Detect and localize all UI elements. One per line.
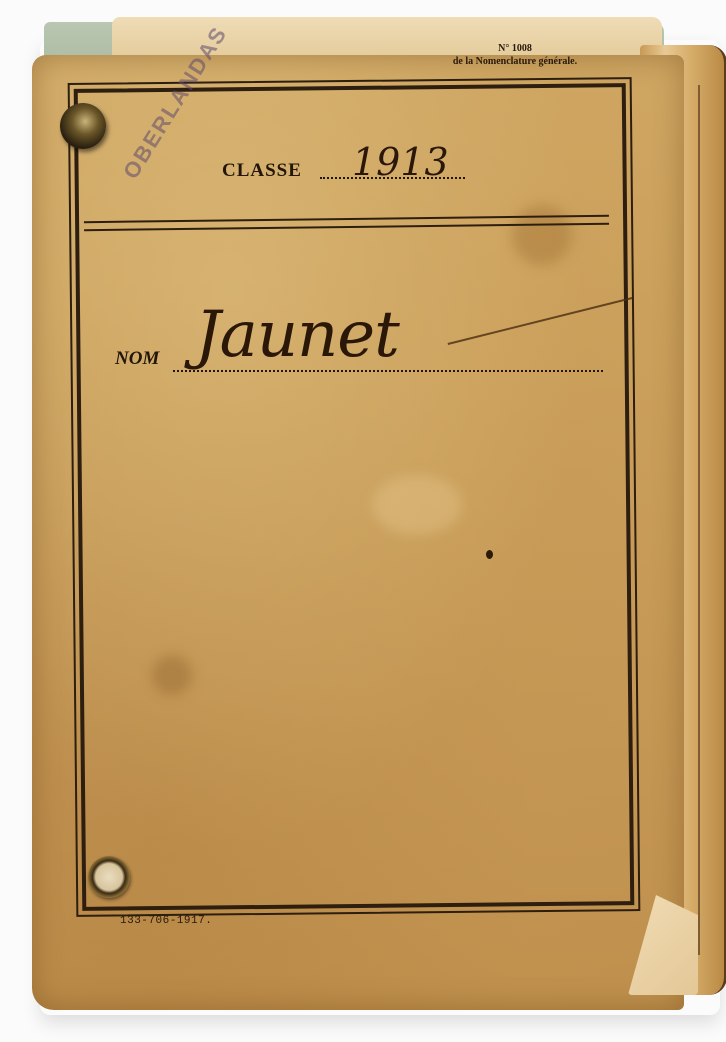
nom-value-handwritten: Jaunet: [195, 298, 399, 372]
printed-frame: [68, 77, 641, 917]
nomenclature-header: N° 1008 de la Nomenclature générale.: [420, 42, 610, 68]
nomenclature-number: N° 1008: [420, 42, 610, 55]
pen-flourish: [448, 297, 633, 345]
printer-code: 133-706-1917.: [120, 915, 212, 927]
classe-value: 1913: [352, 140, 449, 184]
eyelet-icon: [88, 856, 130, 898]
booklet-scan: N° 1008 de la Nomenclature générale. OBE…: [0, 0, 726, 1042]
nomenclature-subtitle: de la Nomenclature générale.: [420, 55, 610, 68]
page-edge-line: [698, 85, 700, 955]
classe-label: CLASSE: [222, 160, 302, 182]
rivet-icon: [60, 103, 106, 149]
classe-field: CLASSE 1913: [222, 140, 472, 180]
nom-field: NOM Jaunet: [115, 300, 610, 410]
nom-label: NOM: [115, 348, 159, 370]
